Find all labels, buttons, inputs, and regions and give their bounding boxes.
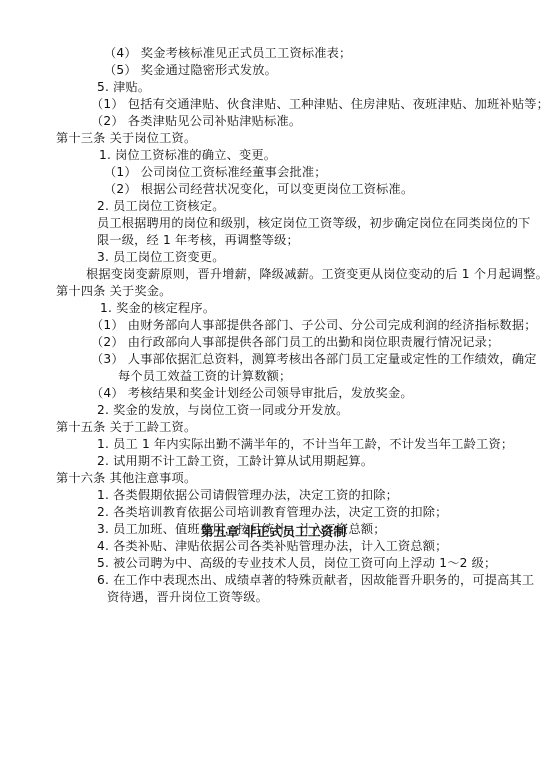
article-15-title: 第十五条 关于工龄工资。: [56, 419, 196, 436]
bonus-item-4: （4） 奖金考核标准见正式员工工资标准表；: [104, 45, 351, 62]
article-13-point-1-1: （1） 公司岗位工资标准经董事会批准；: [104, 164, 327, 181]
article-16-point-4: 4. 各类补贴、津贴依据公司各类补贴管理办法，计入工资总额；: [97, 538, 448, 555]
article-16-point-6: 6. 在工作中表现杰出、成绩卓著的特殊贡献者，因故能晋升职务的，可提高其工: [97, 572, 534, 589]
article-14-item-4: （4） 考核结果和奖金计划经公司领导审批后，发放奖金。: [91, 385, 413, 402]
article-15-point-2: 2. 试用期不计工龄工资，工龄计算从试用期起算。: [97, 453, 373, 470]
article-15-point-1: 1. 员工 1 年内实际出勤不满半年的，不计当年工龄，不计发当年工龄工资；: [97, 436, 513, 453]
article-14-item-3-cont: 每个员工效益工资的计算数额；: [118, 368, 291, 385]
allowance-item-2: （2） 各类津贴见公司补贴津贴标准。: [91, 113, 301, 130]
article-14-point-1: 1. 奖金的核定程序。: [100, 300, 215, 317]
article-14-item-2: （2） 由行政部向人事部提供各部门员工的出勤和岗位职责履行情况记录；: [91, 334, 499, 351]
document-page: （4） 奖金考核标准见正式员工工资标准表； （5） 奖金通过隐密形式发放。 5.…: [0, 0, 549, 778]
article-16-point-5: 5. 被公司聘为中、高级的专业技术人员，岗位工资可向上浮动 1～2 级；: [97, 555, 496, 572]
article-13-point-2-body-2: 限一级，经 1 年考核，再调整等级；: [97, 232, 299, 249]
article-13-point-1: 1. 岗位工资标准的确立、变更。: [99, 147, 276, 164]
article-13-title: 第十三条 关于岗位工资。: [56, 130, 196, 147]
article-16-point-1: 1. 各类假期依据公司请假管理办法，决定工资的扣除；: [97, 487, 398, 504]
article-13-point-1-2: （2） 根据公司经营状况变化，可以变更岗位工资标准。: [104, 181, 413, 198]
article-14-item-1: （1） 由财务部向人事部提供各部门、子公司、分公司完成利润的经济指标数据；: [91, 317, 537, 334]
chapter-5-title: 第五章 非正式员工工资制: [201, 523, 346, 540]
article-13-point-3-body: 根据变岗变薪原则，晋升增薪，降级减薪。工资变更从岗位变动的后 1 个月起调整。: [86, 266, 548, 283]
allowance-item-1: （1） 包括有交通津贴、伙食津贴、工种津贴、住房津贴、夜班津贴、加班补贴等；: [91, 96, 549, 113]
bonus-item-5: （5） 奖金通过隐密形式发放。: [104, 62, 277, 79]
allowance-heading: 5. 津贴。: [97, 79, 150, 96]
article-16-point-6-cont: 资待遇，晋升岗位工资等级。: [107, 589, 268, 606]
article-14-item-3: （3） 人事部依据汇总资料，测算考核出各部门员工定量或定性的工作绩效，确定: [91, 351, 537, 368]
article-16-point-2: 2. 各类培训教育依据公司培训教育管理办法，决定工资的扣除；: [97, 504, 448, 521]
article-16-title: 第十六条 其他注意事项。: [56, 470, 196, 487]
article-13-point-2-body-1: 员工根据聘用的岗位和级别，核定岗位工资等级，初步确定岗位在同类岗位的下: [97, 215, 531, 232]
article-14-title: 第十四条 关于奖金。: [56, 283, 172, 300]
article-14-point-2: 2. 奖金的发放，与岗位工资一同或分开发放。: [97, 402, 348, 419]
article-13-point-3: 3. 员工岗位工资变更。: [97, 249, 225, 266]
article-13-point-2: 2. 员工岗位工资核定。: [97, 198, 225, 215]
